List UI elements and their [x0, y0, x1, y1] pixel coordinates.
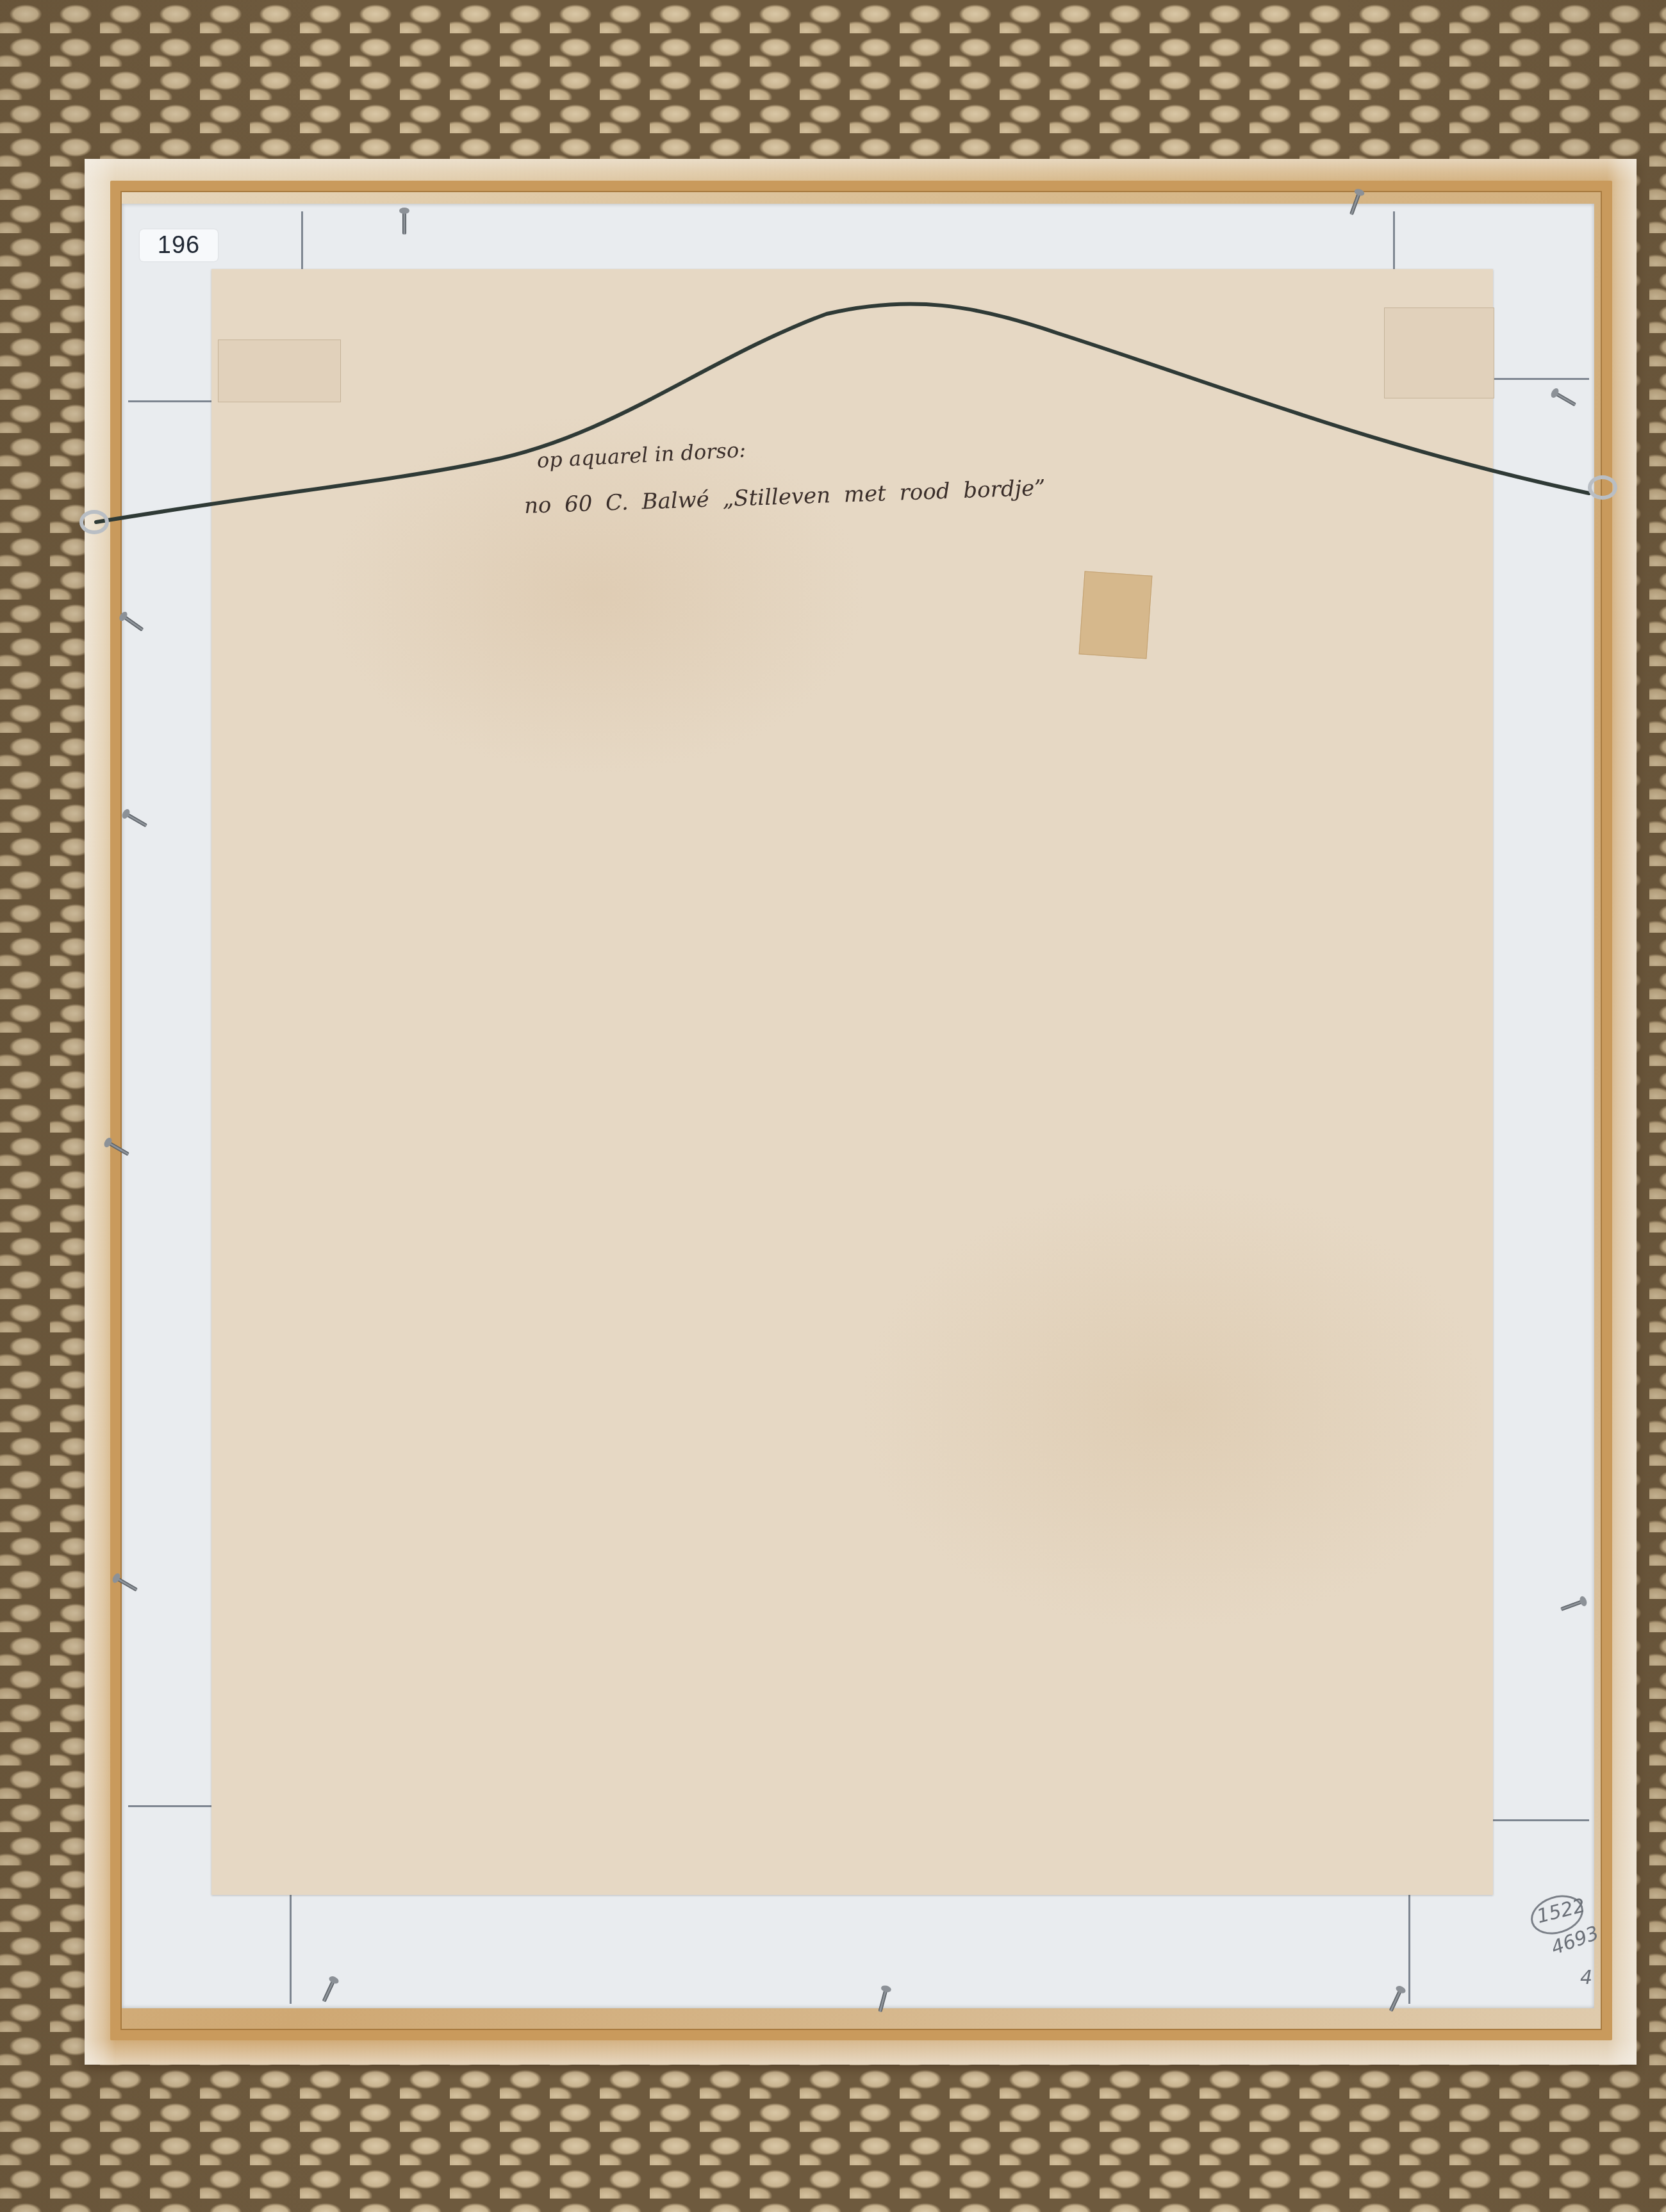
screw-eye-left [79, 510, 109, 534]
hanging-wire [0, 0, 1666, 2212]
screw-eye-right [1588, 475, 1617, 500]
nail [402, 211, 406, 234]
